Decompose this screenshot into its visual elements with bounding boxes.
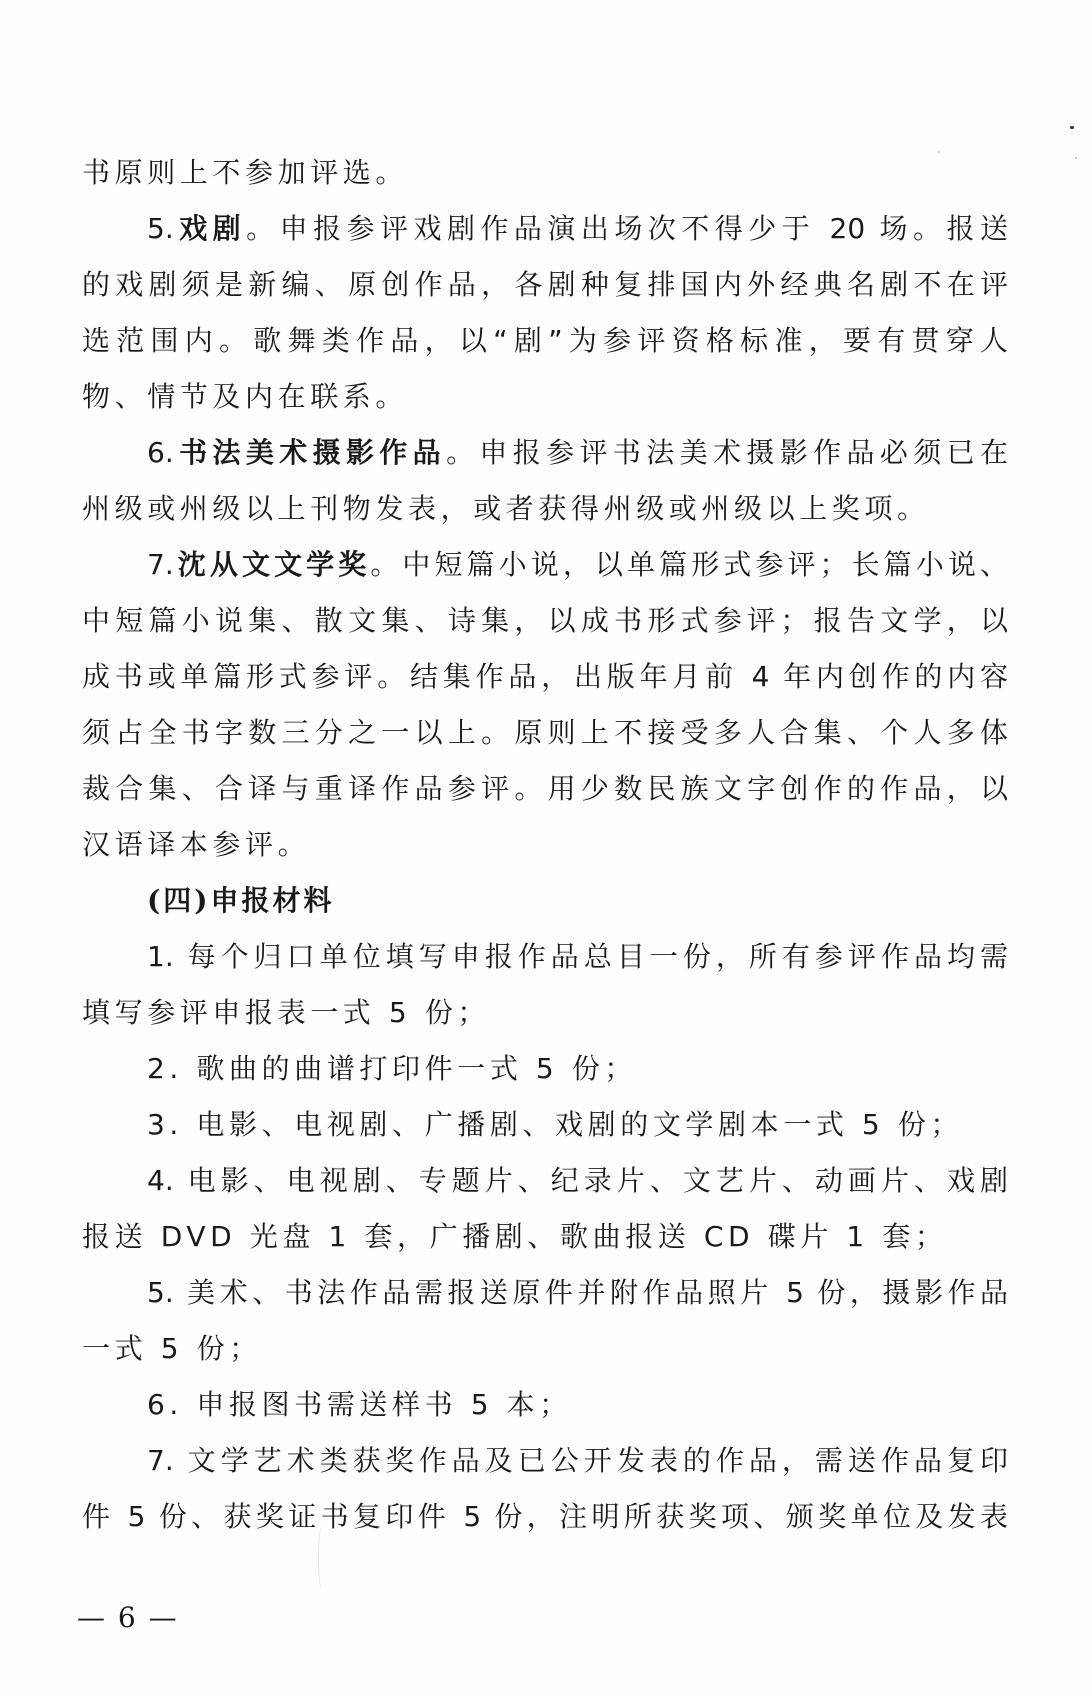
material-item-3: 3. 电影、电视剧、广播剧、戏剧的文学剧本一式 5 份； bbox=[147, 1105, 1008, 1145]
line-text: 件 5 份、获奖证书复印件 5 份，注明所获奖项、颁奖单位及发表 bbox=[82, 1500, 1008, 1533]
line-text: 填写参评申报表一式 5 份； bbox=[82, 996, 490, 1029]
line-text: 2. 歌曲的曲谱打印件一式 5 份； bbox=[147, 1052, 637, 1085]
line-text: 4. 电影、电视剧、专题片、纪录片、文艺片、动画片、戏剧 bbox=[147, 1164, 1008, 1197]
line-text: 中短篇小说集、散文集、诗集，以成书形式参评；报告文学，以 bbox=[82, 604, 1008, 637]
scan-speck bbox=[1070, 126, 1074, 129]
line-text: 6. 申报图书需送样书 5 本； bbox=[147, 1388, 572, 1421]
material-item-5: 5. 美术、书法作品需报送原件并附作品照片 5 份，摄影作品 bbox=[147, 1273, 1008, 1313]
line-text: 选范围内。歌舞类作品，以“剧”为参评资格标准，要有贯穿人 bbox=[82, 324, 1008, 357]
line-text: 州级或州级以上刊物发表，或者获得州级或州级以上奖项。 bbox=[82, 492, 930, 525]
line-text: 物、情节及内在联系。 bbox=[82, 380, 408, 413]
body-line: 物、情节及内在联系。 bbox=[82, 377, 1008, 417]
section-title: (四)申报材料 bbox=[147, 884, 335, 917]
line-text: 的戏剧须是新编、原创作品，各剧种复排国内外经典名剧不在评 bbox=[82, 268, 1008, 301]
item-drama: 5.戏剧。申报参评戏剧作品演出场次不得少于 20 场。报送 bbox=[147, 209, 1008, 249]
item-title: 书法美术摄影作品 bbox=[174, 436, 446, 469]
line-text: 1. 每个归口单位填写申报作品总目一份，所有参评作品均需 bbox=[147, 940, 1008, 973]
body-line: 选范围内。歌舞类作品，以“剧”为参评资格标准，要有贯穿人 bbox=[82, 321, 1008, 361]
body-line: 成书或单篇形式参评。结集作品，出版年月前 4 年内创作的内容 bbox=[82, 657, 1008, 697]
material-item-6: 6. 申报图书需送样书 5 本； bbox=[147, 1385, 1008, 1425]
line-text: 。申报参评戏剧作品演出场次不得少于 20 场。报送 bbox=[246, 212, 1008, 245]
section-heading: (四)申报材料 bbox=[147, 881, 1008, 921]
line-text: 7. 文学艺术类获奖作品及已公开发表的作品，需送作品复印 bbox=[147, 1444, 1008, 1477]
material-item-4: 4. 电影、电视剧、专题片、纪录片、文艺片、动画片、戏剧 bbox=[147, 1161, 1008, 1201]
line-text: 一式 5 份； bbox=[82, 1332, 262, 1365]
item-title: 沈从文文学奖 bbox=[174, 548, 371, 581]
line-text: 须占全书字数三分之一以上。原则上不接受多人合集、个人多体 bbox=[82, 716, 1008, 749]
scan-speck bbox=[1075, 157, 1077, 159]
item-number: 6. bbox=[147, 436, 174, 469]
body-line: 州级或州级以上刊物发表，或者获得州级或州级以上奖项。 bbox=[82, 489, 1008, 529]
body-line: 书原则上不参加评选。 bbox=[82, 153, 1008, 193]
line-text: 汉语译本参评。 bbox=[82, 828, 310, 861]
material-item-2: 2. 歌曲的曲谱打印件一式 5 份； bbox=[147, 1049, 1008, 1089]
material-item-7: 7. 文学艺术类获奖作品及已公开发表的作品，需送作品复印 bbox=[147, 1441, 1008, 1481]
material-item-1: 1. 每个归口单位填写申报作品总目一份，所有参评作品均需 bbox=[147, 937, 1008, 977]
line-text: 报送 DVD 光盘 1 套，广播剧、歌曲报送 CD 碟片 1 套； bbox=[82, 1220, 948, 1253]
item-title: 戏剧 bbox=[174, 212, 246, 245]
body-line: 报送 DVD 光盘 1 套，广播剧、歌曲报送 CD 碟片 1 套； bbox=[82, 1217, 1008, 1257]
body-line: 中短篇小说集、散文集、诗集，以成书形式参评；报告文学，以 bbox=[82, 601, 1008, 641]
body-line: 件 5 份、获奖证书复印件 5 份，注明所获奖项、颁奖单位及发表 bbox=[82, 1497, 1008, 1537]
item-literature-award: 7.沈从文文学奖。中短篇小说，以单篇形式参评；长篇小说、 bbox=[147, 545, 1008, 585]
line-text: 5. 美术、书法作品需报送原件并附作品照片 5 份，摄影作品 bbox=[147, 1276, 1008, 1309]
body-line: 须占全书字数三分之一以上。原则上不接受多人合集、个人多体 bbox=[82, 713, 1008, 753]
line-text: 裁合集、合译与重译作品参评。用少数民族文字创作的作品，以 bbox=[82, 772, 1008, 805]
body-line: 裁合集、合译与重译作品参评。用少数民族文字创作的作品，以 bbox=[82, 769, 1008, 809]
item-number: 7. bbox=[147, 548, 174, 581]
body-line: 一式 5 份； bbox=[82, 1329, 1008, 1369]
paper-crease bbox=[318, 1528, 325, 1588]
line-text: 3. 电影、电视剧、广播剧、戏剧的文学剧本一式 5 份； bbox=[147, 1108, 963, 1141]
body-line: 汉语译本参评。 bbox=[82, 825, 1008, 865]
line-text: 成书或单篇形式参评。结集作品，出版年月前 4 年内创作的内容 bbox=[82, 660, 1008, 693]
line-text: 。申报参评书法美术摄影作品必须已在 bbox=[446, 436, 1008, 469]
body-line: 的戏剧须是新编、原创作品，各剧种复排国内外经典名剧不在评 bbox=[82, 265, 1008, 305]
item-calligraphy-art-photo: 6.书法美术摄影作品。申报参评书法美术摄影作品必须已在 bbox=[147, 433, 1008, 473]
body-line: 填写参评申报表一式 5 份； bbox=[82, 993, 1008, 1033]
page-number: — 6 — bbox=[77, 1598, 179, 1638]
line-text: 。中短篇小说，以单篇形式参评；长篇小说、 bbox=[370, 548, 1008, 581]
line-text: 书原则上不参加评选。 bbox=[82, 156, 408, 189]
document-page: 书原则上不参加评选。 5.戏剧。申报参评戏剧作品演出场次不得少于 20 场。报送… bbox=[0, 0, 1092, 1698]
item-number: 5. bbox=[147, 212, 174, 245]
